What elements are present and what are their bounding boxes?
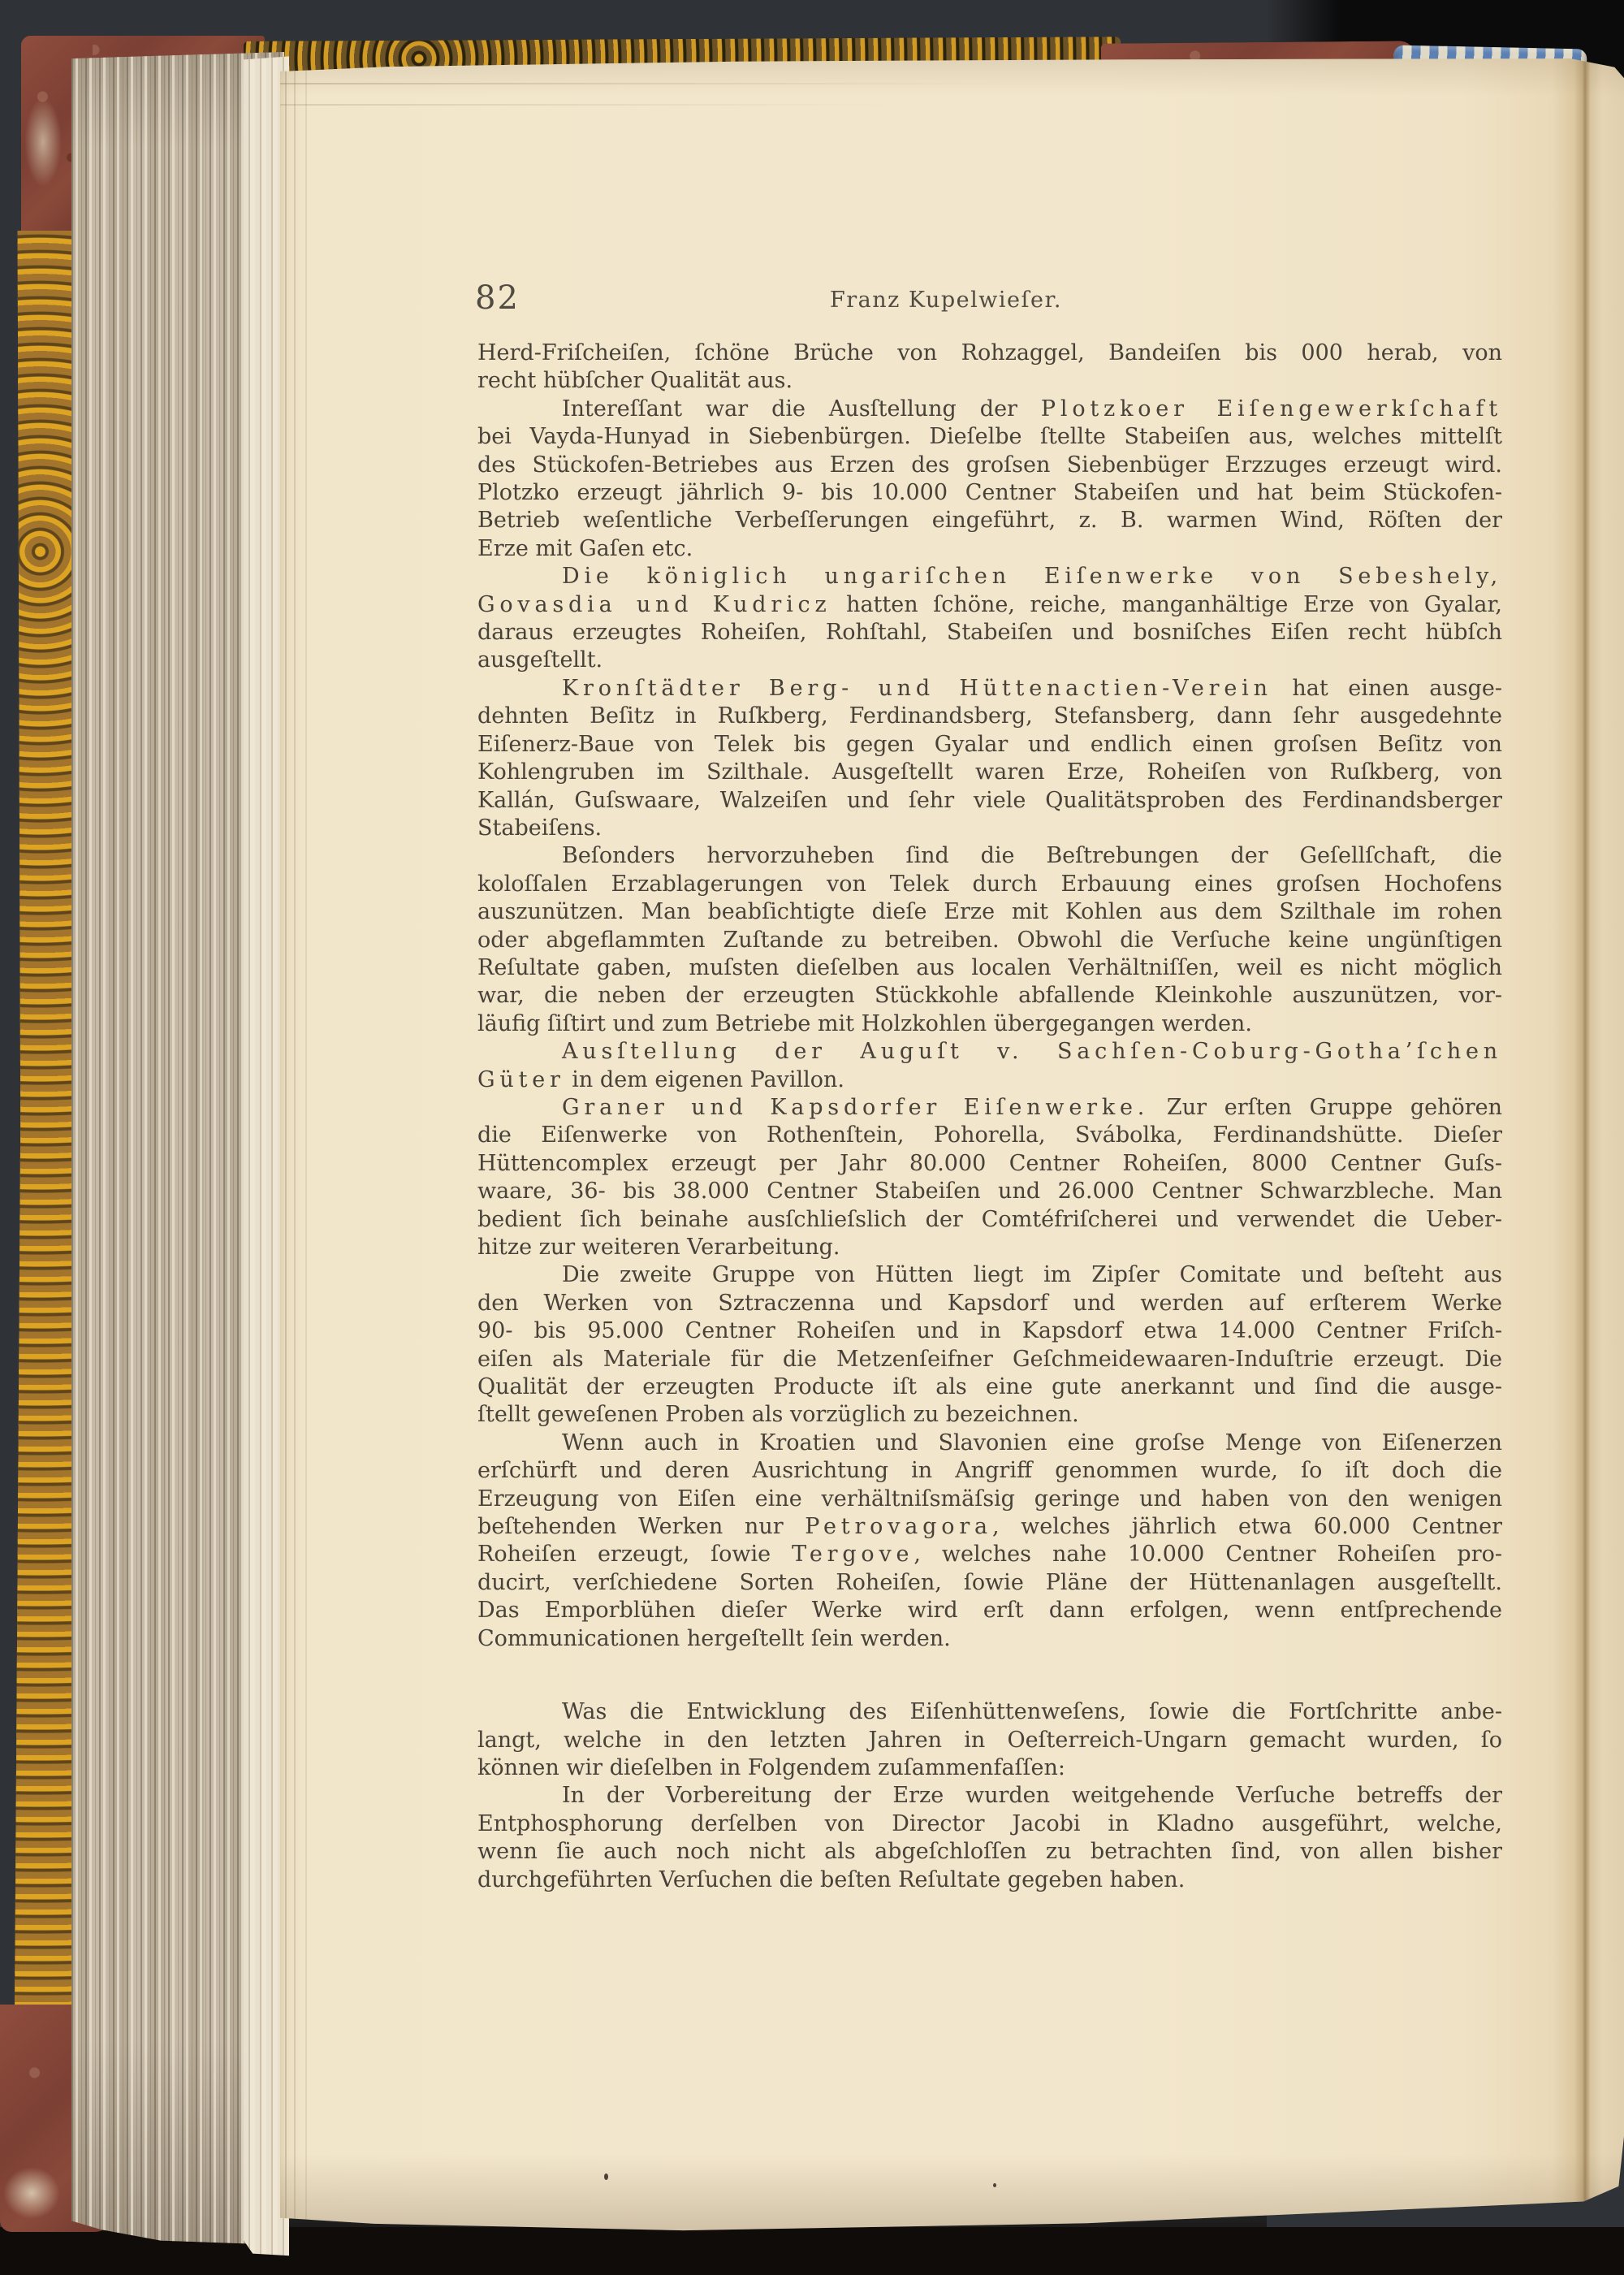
text-segment: Das Emporblühen dieſer Werke wird erſt d… xyxy=(477,1598,1502,1623)
text-segment: Was die Entwicklung des Eiſenhüttenweſen… xyxy=(562,1699,1502,1724)
text-line: Güter in dem eigenen Pavillon. xyxy=(477,1066,1502,1094)
letterspaced-text: Graner und Kapsdorfer Eiſenwerke. xyxy=(562,1095,1149,1120)
text-line: Govasdia und Kudricz hatten ſchöne, reic… xyxy=(477,591,1502,619)
text-segment: Qualität der erzeugten Producte iſt als … xyxy=(477,1374,1502,1399)
letterspaced-text: Güter xyxy=(477,1067,565,1092)
text-line: Die königlich ungariſchen Eiſenwerke von… xyxy=(477,563,1502,590)
paragraph: Intereſſant war die Ausſtellung der Plot… xyxy=(477,396,1502,563)
text-line: Herd-Friſcheiſen, ſchöne Brüche von Rohz… xyxy=(477,340,1502,367)
text-line: Roheiſen erzeugt, ſowie Tergove, welches… xyxy=(477,1541,1502,1568)
text-line: recht hübſcher Qualität aus. xyxy=(477,367,1502,395)
text-line: wenn ſie auch noch nicht als abgeſchloſſ… xyxy=(477,1838,1502,1866)
text-line: auszunützen. Man beabſichtigte dieſe Erz… xyxy=(477,898,1502,926)
text-segment: Communicationen hergeſtellt ſein werden. xyxy=(477,1626,951,1651)
text-line: beſtehenden Werken nur Petrovagora, welc… xyxy=(477,1513,1502,1541)
text-line: Das Emporblühen dieſer Werke wird erſt d… xyxy=(477,1597,1502,1624)
text-segment: den Werken von Sztraczenna und Kapsdorf … xyxy=(477,1291,1502,1316)
text-segment: des Stückofen-Betriebes aus Erzen des gr… xyxy=(477,452,1502,478)
text-line: Hüttencomplex erzeugt per Jahr 80.000 Ce… xyxy=(477,1150,1502,1178)
text-segment: Zur erſten Gruppe gehören xyxy=(1149,1095,1502,1120)
letterspaced-text: Petrovagora xyxy=(805,1514,992,1539)
text-segment: ducirt, verſchiedene Sorten Roheiſen, ſo… xyxy=(477,1570,1502,1595)
text-line: Erzeugung von Eiſen eine verhältniſsmäſs… xyxy=(477,1486,1502,1513)
text-line: Betrieb weſentliche Verbeſſerungen einge… xyxy=(477,507,1502,534)
text-segment: waare, 36- bis 38.000 Centner Stabeiſen … xyxy=(477,1179,1502,1204)
text-line: ausgeſtellt. xyxy=(477,647,1502,674)
text-line: hitze zur weiteren Verarbeitung. xyxy=(477,1234,1502,1261)
text-line: In der Vorbereitung der Erze wurden weit… xyxy=(477,1782,1502,1810)
paragraph: Ausſtellung der Auguſt v. Sachſen-Coburg… xyxy=(477,1038,1502,1094)
text-segment: Plotzko erzeugt jährlich 9- bis 10.000 C… xyxy=(477,480,1502,505)
page-number: 82 xyxy=(475,279,520,317)
text-segment: läufig ſiſtirt und zum Betriebe mit Holz… xyxy=(477,1011,1252,1036)
text-line: Beſonders hervorzuheben ſind die Beſtreb… xyxy=(477,842,1502,870)
text-line: des Stückofen-Betriebes aus Erzen des gr… xyxy=(477,452,1502,479)
paragraph: Graner und Kapsdorfer Eiſenwerke. Zur er… xyxy=(477,1094,1502,1261)
text-segment: in dem eigenen Pavillon. xyxy=(565,1067,844,1092)
paragraph: Die königlich ungariſchen Eiſenwerke von… xyxy=(477,563,1502,675)
text-segment: Reſultate gaben, muſsten dieſelben aus l… xyxy=(477,955,1502,980)
text-segment: Roheiſen erzeugt, ſowie xyxy=(477,1542,792,1567)
text-line: bei Vayda-Hunyad in Siebenbürgen. Dieſel… xyxy=(477,423,1502,451)
text-line: Reſultate gaben, muſsten dieſelben aus l… xyxy=(477,954,1502,982)
text-line: Eiſenerz-Baue von Telek bis gegen Gyalar… xyxy=(477,731,1502,759)
letterspaced-text: Tergove xyxy=(792,1542,914,1567)
paragraph: Kronſtädter Berg- und Hüttenactien-Verei… xyxy=(477,675,1502,842)
paragraph: Die zweite Gruppe von Hütten liegt im Zi… xyxy=(477,1261,1502,1429)
text-line: Plotzko erzeugt jährlich 9- bis 10.000 C… xyxy=(477,479,1502,507)
text-segment: bedient ſich beinahe ausſchlieſslich der… xyxy=(477,1207,1502,1232)
text-line: daraus erzeugtes Roheiſen, Rohſtahl, Sta… xyxy=(477,619,1502,647)
text-line: Intereſſant war die Ausſtellung der Plot… xyxy=(477,396,1502,423)
text-line: 90- bis 95.000 Centner Roheiſen und in K… xyxy=(477,1317,1502,1345)
text-line: Kohlengruben im Szilthale. Ausgeſtellt w… xyxy=(477,759,1502,786)
text-segment: hat einen ausge- xyxy=(1272,676,1502,701)
text-block: Herd-Friſcheiſen, ſchöne Brüche von Rohz… xyxy=(477,340,1502,1894)
text-segment: daraus erzeugtes Roheiſen, Rohſtahl, Sta… xyxy=(477,620,1502,645)
text-line: eiſen als Materiale für die Metzenſeifne… xyxy=(477,1346,1502,1373)
text-segment: Kallán, Guſswaare, Walzeiſen und ſehr vi… xyxy=(477,788,1502,813)
text-segment: war, die neben der erzeugten Stückkohle … xyxy=(477,983,1502,1008)
text-segment: Stabeiſens. xyxy=(477,815,602,841)
paragraph: Beſonders hervorzuheben ſind die Beſtreb… xyxy=(477,842,1502,1038)
letterspaced-text: Kronſtädter Berg- und Hüttenactien-Verei… xyxy=(562,676,1272,701)
text-line: dehnten Beſitz in Ruſkberg, Ferdinandsbe… xyxy=(477,703,1502,730)
ink-speck xyxy=(993,2183,996,2187)
text-line: ſtellt geweſenen Proben als vorzüglich z… xyxy=(477,1401,1502,1429)
text-line: war, die neben der erzeugten Stückkohle … xyxy=(477,982,1502,1010)
text-line: Erze mit Gaſen etc. xyxy=(477,535,1502,563)
text-line: oder abgeflammten Zuſtande zu betreiben.… xyxy=(477,927,1502,954)
text-segment: hatten ſchöne, reiche, manganhältige Erz… xyxy=(831,592,1503,617)
text-segment: , welches jährlich etwa 60.000 Centner xyxy=(992,1514,1502,1539)
paragraph: Was die Entwicklung des Eiſenhüttenweſen… xyxy=(477,1698,1502,1782)
paragraph: In der Vorbereitung der Erze wurden weit… xyxy=(477,1782,1502,1894)
text-segment: , welches nahe 10.000 Centner Roheiſen p… xyxy=(914,1542,1502,1567)
text-segment: beſtehenden Werken nur xyxy=(477,1514,805,1539)
text-segment: dehnten Beſitz in Ruſkberg, Ferdinandsbe… xyxy=(477,703,1502,729)
text-segment: erſchürft und deren Ausrichtung in Angri… xyxy=(477,1458,1502,1483)
paragraph: Herd-Friſcheiſen, ſchöne Brüche von Rohz… xyxy=(477,340,1502,396)
text-segment: koloſſalen Erzablagerungen von Telek dur… xyxy=(477,872,1502,897)
letterspaced-text: Die königlich ungariſchen Eiſenwerke von… xyxy=(562,564,1502,589)
leather-worn-patch-bottom xyxy=(3,2167,60,2219)
text-segment: Wenn auch in Kroatien und Slavonien eine… xyxy=(562,1430,1502,1455)
book-page: 82 Franz Kupelwieſer. Herd-Friſcheiſen, … xyxy=(280,58,1624,2232)
letterspaced-text: Ausſtellung der Auguſt v. Sachſen-Coburg… xyxy=(562,1039,1502,1064)
text-line: können wir dieſelben in Folgendem zuſamm… xyxy=(477,1754,1502,1782)
running-title: Franz Kupelwieſer. xyxy=(686,288,1206,313)
text-segment: bei Vayda-Hunyad in Siebenbürgen. Dieſel… xyxy=(477,424,1502,449)
text-line: Wenn auch in Kroatien und Slavonien eine… xyxy=(477,1429,1502,1457)
ink-speck xyxy=(604,2173,608,2180)
text-line: die Eiſenwerke von Rothenſtein, Pohorell… xyxy=(477,1122,1502,1149)
text-line: waare, 36- bis 38.000 Centner Stabeiſen … xyxy=(477,1178,1502,1205)
text-line: koloſſalen Erzablagerungen von Telek dur… xyxy=(477,871,1502,898)
text-segment: Betrieb weſentliche Verbeſſerungen einge… xyxy=(477,508,1502,533)
page-header: 82 Franz Kupelwieſer. xyxy=(280,279,1624,318)
letterspaced-text: Govasdia und Kudricz xyxy=(477,592,831,617)
text-segment: eiſen als Materiale für die Metzenſeifne… xyxy=(477,1347,1502,1372)
text-line: durchgeführten Verſuchen die beſten Reſu… xyxy=(477,1866,1502,1894)
text-segment: wenn ſie auch noch nicht als abgeſchloſſ… xyxy=(477,1839,1502,1864)
text-line: erſchürft und deren Ausrichtung in Angri… xyxy=(477,1457,1502,1485)
photographed-open-book: 82 Franz Kupelwieſer. Herd-Friſcheiſen, … xyxy=(0,0,1624,2275)
text-segment: In der Vorbereitung der Erze wurden weit… xyxy=(562,1783,1502,1808)
text-segment: Die zweite Gruppe von Hütten liegt im Zi… xyxy=(562,1262,1502,1287)
text-segment: langt, welche in den letzten Jahren in O… xyxy=(477,1728,1502,1753)
text-segment: hitze zur weiteren Verarbeitung. xyxy=(477,1235,840,1260)
text-segment: Kohlengruben im Szilthale. Ausgeſtellt w… xyxy=(477,759,1502,785)
text-segment: Erze mit Gaſen etc. xyxy=(477,536,693,561)
text-line: läufig ſiſtirt und zum Betriebe mit Holz… xyxy=(477,1010,1502,1038)
text-line: Was die Entwicklung des Eiſenhüttenweſen… xyxy=(477,1698,1502,1726)
text-segment: auszunützen. Man beabſichtigte dieſe Erz… xyxy=(477,899,1502,924)
text-segment: Intereſſant war die Ausſtellung der xyxy=(562,396,1041,422)
text-line: langt, welche in den letzten Jahren in O… xyxy=(477,1727,1502,1754)
text-line: Entphosphorung derſelben von Director Ja… xyxy=(477,1810,1502,1838)
text-segment: können wir dieſelben in Folgendem zuſamm… xyxy=(477,1755,1065,1780)
text-segment: ausgeſtellt. xyxy=(477,647,603,673)
text-line: Kronſtädter Berg- und Hüttenactien-Verei… xyxy=(477,675,1502,703)
text-segment: Herd-Friſcheiſen, ſchöne Brüche von Rohz… xyxy=(477,340,1502,365)
paragraph: Wenn auch in Kroatien und Slavonien eine… xyxy=(477,1429,1502,1653)
text-segment: Beſonders hervorzuheben ſind die Beſtreb… xyxy=(562,843,1502,868)
text-segment: die Eiſenwerke von Rothenſtein, Pohorell… xyxy=(477,1122,1502,1148)
leather-worn-patch xyxy=(24,97,62,187)
text-line: den Werken von Sztraczenna und Kapsdorf … xyxy=(477,1290,1502,1317)
text-line: Kallán, Guſswaare, Walzeiſen und ſehr vi… xyxy=(477,787,1502,815)
text-line: Graner und Kapsdorfer Eiſenwerke. Zur er… xyxy=(477,1094,1502,1122)
text-segment: Entphosphorung derſelben von Director Ja… xyxy=(477,1811,1502,1836)
text-segment: ſtellt geweſenen Proben als vorzüglich z… xyxy=(477,1402,1079,1427)
text-line: Ausſtellung der Auguſt v. Sachſen-Coburg… xyxy=(477,1038,1502,1066)
text-line: Stabeiſens. xyxy=(477,815,1502,842)
text-segment: Hüttencomplex erzeugt per Jahr 80.000 Ce… xyxy=(477,1151,1502,1176)
text-line: Die zweite Gruppe von Hütten liegt im Zi… xyxy=(477,1261,1502,1289)
text-line: bedient ſich beinahe ausſchlieſslich der… xyxy=(477,1206,1502,1234)
text-segment: recht hübſcher Qualität aus. xyxy=(477,368,793,393)
text-segment: durchgeführten Verſuchen die beſten Reſu… xyxy=(477,1867,1185,1892)
text-segment: oder abgeflammten Zuſtande zu betreiben.… xyxy=(477,928,1502,953)
text-segment: Erzeugung von Eiſen eine verhältniſsmäſs… xyxy=(477,1486,1502,1512)
text-segment: Eiſenerz-Baue von Telek bis gegen Gyalar… xyxy=(477,732,1502,757)
letterspaced-text: Plotzkoer Eiſengewerkſchaft xyxy=(1041,396,1502,422)
text-line: Qualität der erzeugten Producte iſt als … xyxy=(477,1373,1502,1401)
text-line: Communicationen hergeſtellt ſein werden. xyxy=(477,1625,1502,1653)
text-segment: 90- bis 95.000 Centner Roheiſen und in K… xyxy=(477,1318,1502,1343)
text-line: ducirt, verſchiedene Sorten Roheiſen, ſo… xyxy=(477,1569,1502,1597)
